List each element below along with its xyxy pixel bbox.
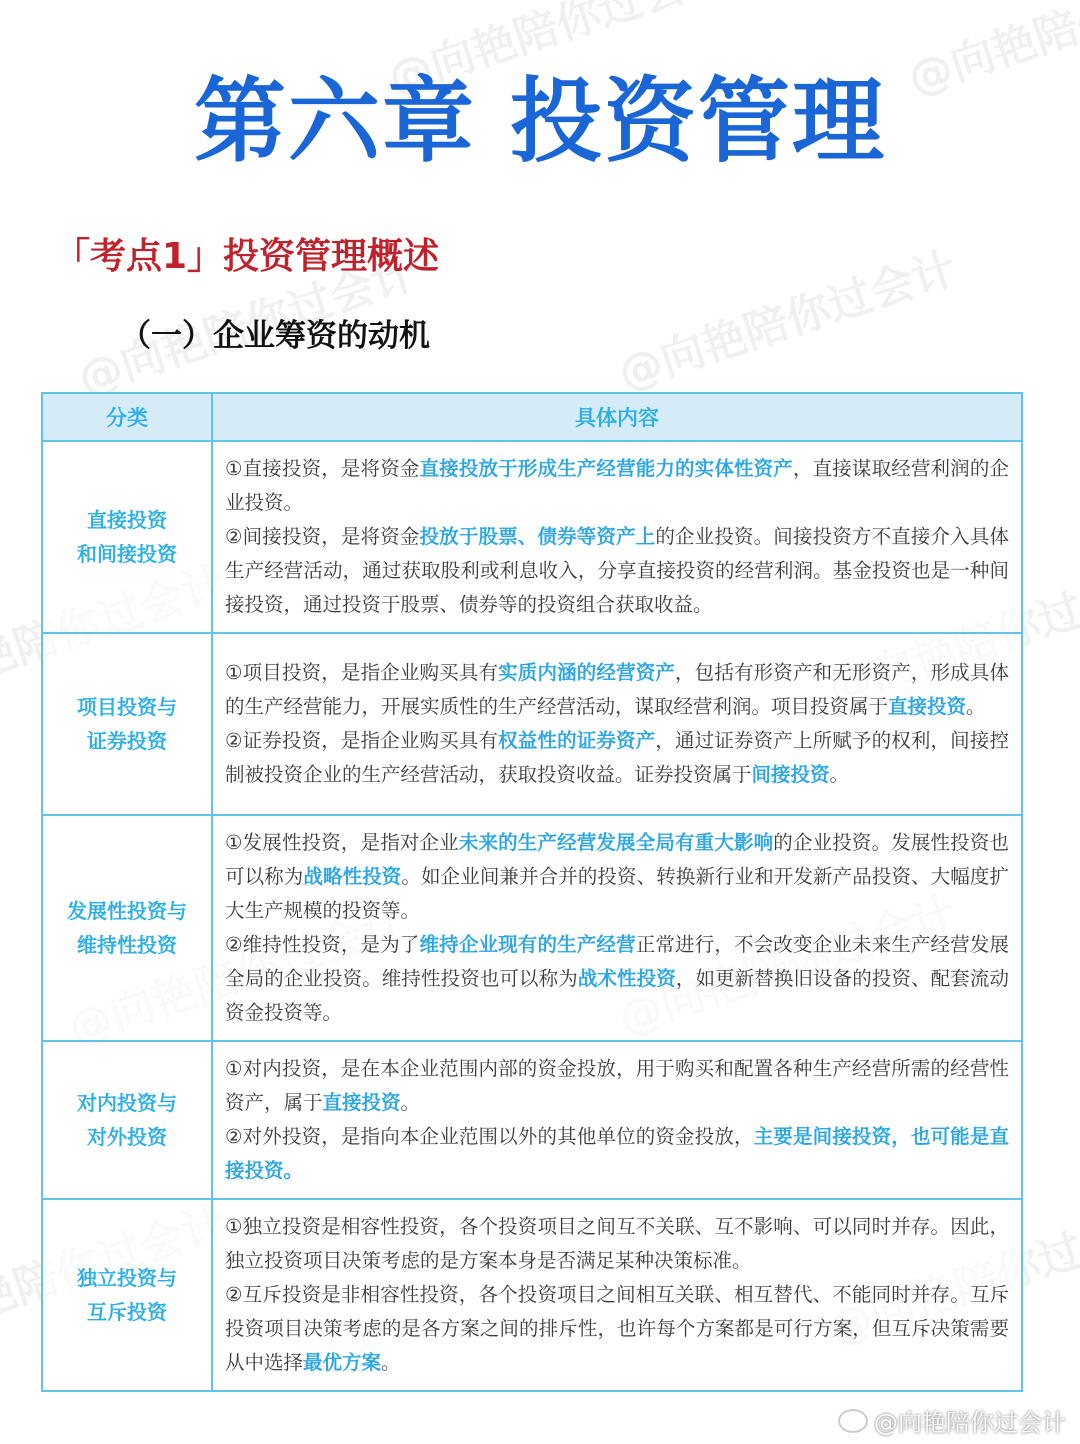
category-label: 证券投资 [49, 724, 205, 758]
content-cell: ①独立投资是相容性投资，各个投资项目之间互不关联、互不影响、可以同时并存。因此，… [212, 1199, 1022, 1391]
content-paragraph: ②互斥投资是非相容性投资，各个投资项目之间相互关联、相互替代、不能同时并存。互斥… [225, 1278, 1009, 1380]
body-text: ②对外投资，是指向本企业范围以外的其他单位的资金投放， [225, 1125, 754, 1148]
category-cell: 直接投资 和间接投资 [42, 441, 212, 633]
content-cell: ①发展性投资，是指对企业未来的生产经营发展全局有重大影响的企业投资。发展性投资也… [212, 815, 1022, 1041]
highlight-text: 直接投资 [323, 1091, 401, 1114]
content-paragraph: ①项目投资，是指企业购买具有实质内涵的经营资产，包括有形资产和无形资产，形成具体… [225, 656, 1009, 724]
body-text: ①项目投资，是指企业购买具有 [225, 661, 498, 684]
category-label: 项目投资与 [49, 690, 205, 724]
investment-classification-table: 分类 具体内容 直接投资 和间接投资 ①直接投资，是将资金直接投放于形成生产经营… [41, 392, 1023, 1392]
content-cell: ①项目投资，是指企业购买具有实质内涵的经营资产，包括有形资产和无形资产，形成具体… [212, 633, 1022, 815]
sub-title: （一）企业筹资的动机 [120, 310, 430, 355]
body-text: 。 [830, 763, 850, 786]
footer-text: @向艳陪你过会计 [874, 1403, 1066, 1438]
category-cell: 对内投资与 对外投资 [42, 1041, 212, 1199]
category-cell: 独立投资与 互斥投资 [42, 1199, 212, 1391]
table-row: 独立投资与 互斥投资 ①独立投资是相容性投资，各个投资项目之间互不关联、互不影响… [42, 1199, 1022, 1391]
header-content: 具体内容 [212, 393, 1022, 441]
highlight-text: 维持企业现有的生产经营 [420, 933, 636, 956]
highlight-text: 间接投资 [752, 763, 830, 786]
content-paragraph: ②间接投资，是将资金投放于股票、债券等资产上的企业投资。间接投资方不直接介入具体… [225, 520, 1009, 622]
category-label: 对内投资与 [49, 1086, 205, 1120]
watermark: @向艳陪你过会计 [609, 232, 964, 402]
body-text: ②维持性投资，是为了 [225, 933, 420, 956]
table-row: 直接投资 和间接投资 ①直接投资，是将资金直接投放于形成生产经营能力的实体性资产… [42, 441, 1022, 633]
highlight-text: 实质内涵的经营资产 [498, 661, 675, 684]
highlight-text: 战术性投资 [578, 967, 676, 990]
content-paragraph: ①直接投资，是将资金直接投放于形成生产经营能力的实体性资产，直接谋取经营利润的企… [225, 452, 1009, 520]
header-category: 分类 [42, 393, 212, 441]
footer-watermark: @向艳陪你过会计 [838, 1403, 1066, 1438]
content-paragraph: ②证券投资，是指企业购买具有权益性的证券资产，通过证券资产上所赋予的权利，间接控… [225, 724, 1009, 792]
category-cell: 发展性投资与 维持性投资 [42, 815, 212, 1041]
table-row: 发展性投资与 维持性投资 ①发展性投资，是指对企业未来的生产经营发展全局有重大影… [42, 815, 1022, 1041]
body-text: ①独立投资是相容性投资，各个投资项目之间互不关联、互不影响、可以同时并存。因此，… [225, 1215, 1009, 1272]
table-row: 项目投资与 证券投资 ①项目投资，是指企业购买具有实质内涵的经营资产，包括有形资… [42, 633, 1022, 815]
highlight-text: 最优方案 [303, 1351, 381, 1374]
body-text: ①发展性投资，是指对企业 [225, 831, 459, 854]
highlight-text: 权益性的证券资产 [498, 729, 655, 752]
category-cell: 项目投资与 证券投资 [42, 633, 212, 815]
content-paragraph: ②维持性投资，是为了维持企业现有的生产经营正常进行，不会改变企业未来生产经营发展… [225, 928, 1009, 1030]
table-row: 对内投资与 对外投资 ①对内投资，是在本企业范围内部的资金投放，用于购买和配置各… [42, 1041, 1022, 1199]
category-label: 发展性投资与 [49, 894, 205, 928]
body-text: 。 [966, 695, 986, 718]
body-text: ②证券投资，是指企业购买具有 [225, 729, 498, 752]
content-paragraph: ①发展性投资，是指对企业未来的生产经营发展全局有重大影响的企业投资。发展性投资也… [225, 826, 1009, 928]
highlight-text: 战略性投资 [303, 865, 401, 888]
category-label: 互斥投资 [49, 1295, 205, 1329]
category-label: 独立投资与 [49, 1261, 205, 1295]
content-cell: ①对内投资，是在本企业范围内部的资金投放，用于购买和配置各种生产经营所需的经营性… [212, 1041, 1022, 1199]
highlight-text: 未来的生产经营发展全局有重大影响 [459, 831, 773, 854]
body-text: ②间接投资，是将资金 [225, 525, 420, 548]
category-label: 和间接投资 [49, 537, 205, 571]
content-paragraph: ①对内投资，是在本企业范围内部的资金投放，用于购买和配置各种生产经营所需的经营性… [225, 1052, 1009, 1120]
highlight-text: 直接投放于形成生产经营能力的实体性资产 [420, 457, 793, 480]
body-text: 。 [381, 1351, 401, 1374]
body-text: 。 [401, 1091, 421, 1114]
body-text: ①直接投资，是将资金 [225, 457, 420, 480]
category-label: 维持性投资 [49, 928, 205, 962]
content-paragraph: ①独立投资是相容性投资，各个投资项目之间互不关联、互不影响、可以同时并存。因此，… [225, 1210, 1009, 1278]
highlight-text: 投放于股票、债券等资产上 [420, 525, 656, 548]
content-paragraph: ②对外投资，是指向本企业范围以外的其他单位的资金投放，主要是间接投资，也可能是直… [225, 1120, 1009, 1188]
table-header-row: 分类 具体内容 [42, 393, 1022, 441]
content-cell: ①直接投资，是将资金直接投放于形成生产经营能力的实体性资产，直接谋取经营利润的企… [212, 441, 1022, 633]
section-title: 「考点1」投资管理概述 [54, 228, 439, 279]
highlight-text: 直接投资 [888, 695, 966, 718]
category-label: 直接投资 [49, 503, 205, 537]
chapter-title: 第六章 投资管理 [0, 48, 1080, 180]
weibo-icon [838, 1409, 868, 1433]
category-label: 对外投资 [49, 1120, 205, 1154]
